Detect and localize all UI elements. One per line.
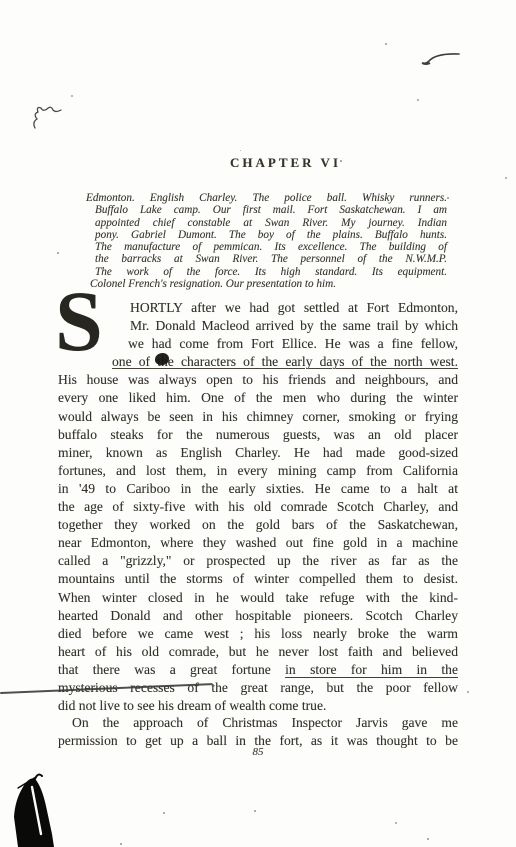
body-paragraph-1: HORTLY after we had got settled at Fort …: [58, 299, 458, 715]
body-text-line: near Edmonton, where they washed out fin…: [58, 534, 458, 552]
body-text-line: On the approach of Christmas Inspector J…: [58, 714, 458, 732]
body-text-line: one of the characters of the early days …: [112, 353, 458, 371]
text-segment: fortunes, and lost them, in every mining…: [58, 463, 458, 478]
body-text-line: together they worked on the gold bars of…: [58, 516, 458, 534]
body-text-line: heart of his old comrade, but he never l…: [58, 643, 458, 661]
text-segment: died before we came west ; his loss near…: [58, 626, 458, 641]
text-segment: On the approach of Christmas Inspector J…: [72, 715, 458, 730]
body-text-line: mountains until the storms of winter com…: [58, 570, 458, 588]
chapter-summary: Edmonton. English Charley. The police ba…: [86, 192, 447, 290]
body-text-line: Mr. Donald Macleod arrived by the same t…: [130, 317, 458, 335]
text-segment: Buffalo Lake camp. Our first mail. Fort …: [95, 204, 447, 216]
scan-speck: [71, 95, 73, 97]
text-segment: the: [157, 354, 174, 369]
body-text-line: in '49 to Cariboo in the early sixties. …: [58, 480, 458, 498]
text-segment: characters of the early days of the nort…: [174, 354, 458, 369]
text-segment: mountains until the storms of winter com…: [58, 571, 458, 586]
text-segment: pony. Gabriel Dumont. The boy of the pla…: [95, 229, 447, 241]
scan-speck: [447, 197, 449, 199]
page-number: 85: [58, 746, 458, 758]
scan-speck: [417, 99, 419, 101]
scan-speck: [163, 812, 165, 814]
text-segment: The manufacture of pemmican. Its excelle…: [95, 241, 447, 253]
scan-speck: [57, 252, 59, 254]
summary-line: Buffalo Lake camp. Our first mail. Fort …: [86, 204, 447, 216]
text-segment: every one liked him. One of the men who …: [58, 390, 458, 405]
body-text-line: hearted Donald and other hospitable pion…: [58, 607, 458, 625]
text-segment: buffalo steaks for the numerous guests, …: [58, 427, 458, 442]
text-segment: The work of the force. Its high standard…: [95, 266, 447, 278]
body-text-line: miner, known as English Charley. He had …: [58, 444, 458, 462]
text-segment: did not live to see his dream of wealth …: [58, 698, 326, 713]
body-text-line: every one liked him. One of the men who …: [58, 389, 458, 407]
text-segment: heart of his old comrade, but he never l…: [58, 644, 458, 659]
scan-speck: [385, 43, 387, 45]
text-segment: that there was a great fortune: [58, 662, 285, 677]
body-text-line: His house was always open to his friends…: [58, 371, 458, 389]
text-segment: we had come from Fort Ellice. He was a f…: [128, 336, 458, 351]
body-text-line: died before we came west ; his loss near…: [58, 625, 458, 643]
body-text-line: When winter closed in he would take refu…: [58, 589, 458, 607]
scan-speck: [120, 843, 122, 845]
text-segment: together they worked on the gold bars of…: [58, 517, 458, 532]
text-segment: miner, known as English Charley. He had …: [58, 445, 458, 460]
text-segment: in '49 to Cariboo in the early sixties. …: [58, 481, 458, 496]
text-segment: the barracks at Swan River. The personne…: [95, 253, 447, 265]
summary-line: Edmonton. English Charley. The police ba…: [86, 192, 447, 204]
scan-speck: [427, 838, 429, 840]
body-paragraph-2: On the approach of Christmas Inspector J…: [58, 714, 458, 750]
text-segment: Edmonton. English Charley. The police ba…: [86, 192, 447, 204]
body-text-line: we had come from Fort Ellice. He was a f…: [128, 335, 458, 353]
text-segment: Mr. Donald Macleod arrived by the same t…: [130, 318, 458, 333]
body-text-line: the age of sixty-five with his old comra…: [58, 498, 458, 516]
body-text-line: called a "grizzly," or prospected up the…: [58, 552, 458, 570]
text-segment: called a "grizzly," or prospected up the…: [58, 553, 458, 568]
summary-line: The manufacture of pemmican. Its excelle…: [86, 241, 447, 253]
body-text-line: that there was a great fortune in store …: [58, 661, 458, 679]
pen-flourish-mark: [420, 50, 462, 66]
ink-blob-mark: [8, 772, 60, 847]
scan-speck: [505, 177, 507, 179]
text-segment: one of: [112, 354, 157, 369]
book-page: CHAPTER VI Edmonton. English Charley. Th…: [0, 0, 516, 847]
summary-line: The work of the force. Its high standard…: [86, 266, 447, 278]
body-text-line: buffalo steaks for the numerous guests, …: [58, 426, 458, 444]
body-text-line: HORTLY after we had got settled at Fort …: [130, 299, 458, 317]
chapter-heading: CHAPTER VI: [58, 155, 458, 171]
text-segment: the age of sixty-five with his old comra…: [58, 499, 458, 514]
body-text-line: did not live to see his dream of wealth …: [58, 697, 458, 715]
text-segment: appointed chief constable at Swan River.…: [95, 217, 447, 229]
summary-line: Colonel French's resignation. Our presen…: [86, 278, 447, 290]
text-segment: When winter closed in he would take refu…: [58, 590, 458, 605]
text-segment: hearted Donald and other hospitable pion…: [58, 608, 458, 623]
body-text-line: would always be seen in his chimney corn…: [58, 408, 458, 426]
scan-speck: [340, 160, 342, 162]
text-segment: would always be seen in his chimney corn…: [58, 409, 458, 424]
scan-speck: [467, 691, 469, 693]
summary-line: the barracks at Swan River. The personne…: [86, 253, 447, 265]
text-segment: near Edmonton, where they washed out fin…: [58, 535, 458, 550]
scan-speck: [254, 810, 256, 812]
text-segment: Colonel French's resignation. Our presen…: [90, 278, 336, 290]
pen-squiggle-mark: [30, 100, 66, 132]
body-text-line: fortunes, and lost them, in every mining…: [58, 462, 458, 480]
scan-speck: [395, 822, 397, 824]
text-segment: in store for him in the: [285, 662, 458, 677]
text-segment: His house was always open to his friends…: [58, 372, 458, 387]
summary-line: appointed chief constable at Swan River.…: [86, 217, 447, 229]
summary-line: pony. Gabriel Dumont. The boy of the pla…: [86, 229, 447, 241]
scan-speck: [240, 150, 241, 151]
text-segment: HORTLY after we had got settled at Fort …: [130, 300, 458, 315]
